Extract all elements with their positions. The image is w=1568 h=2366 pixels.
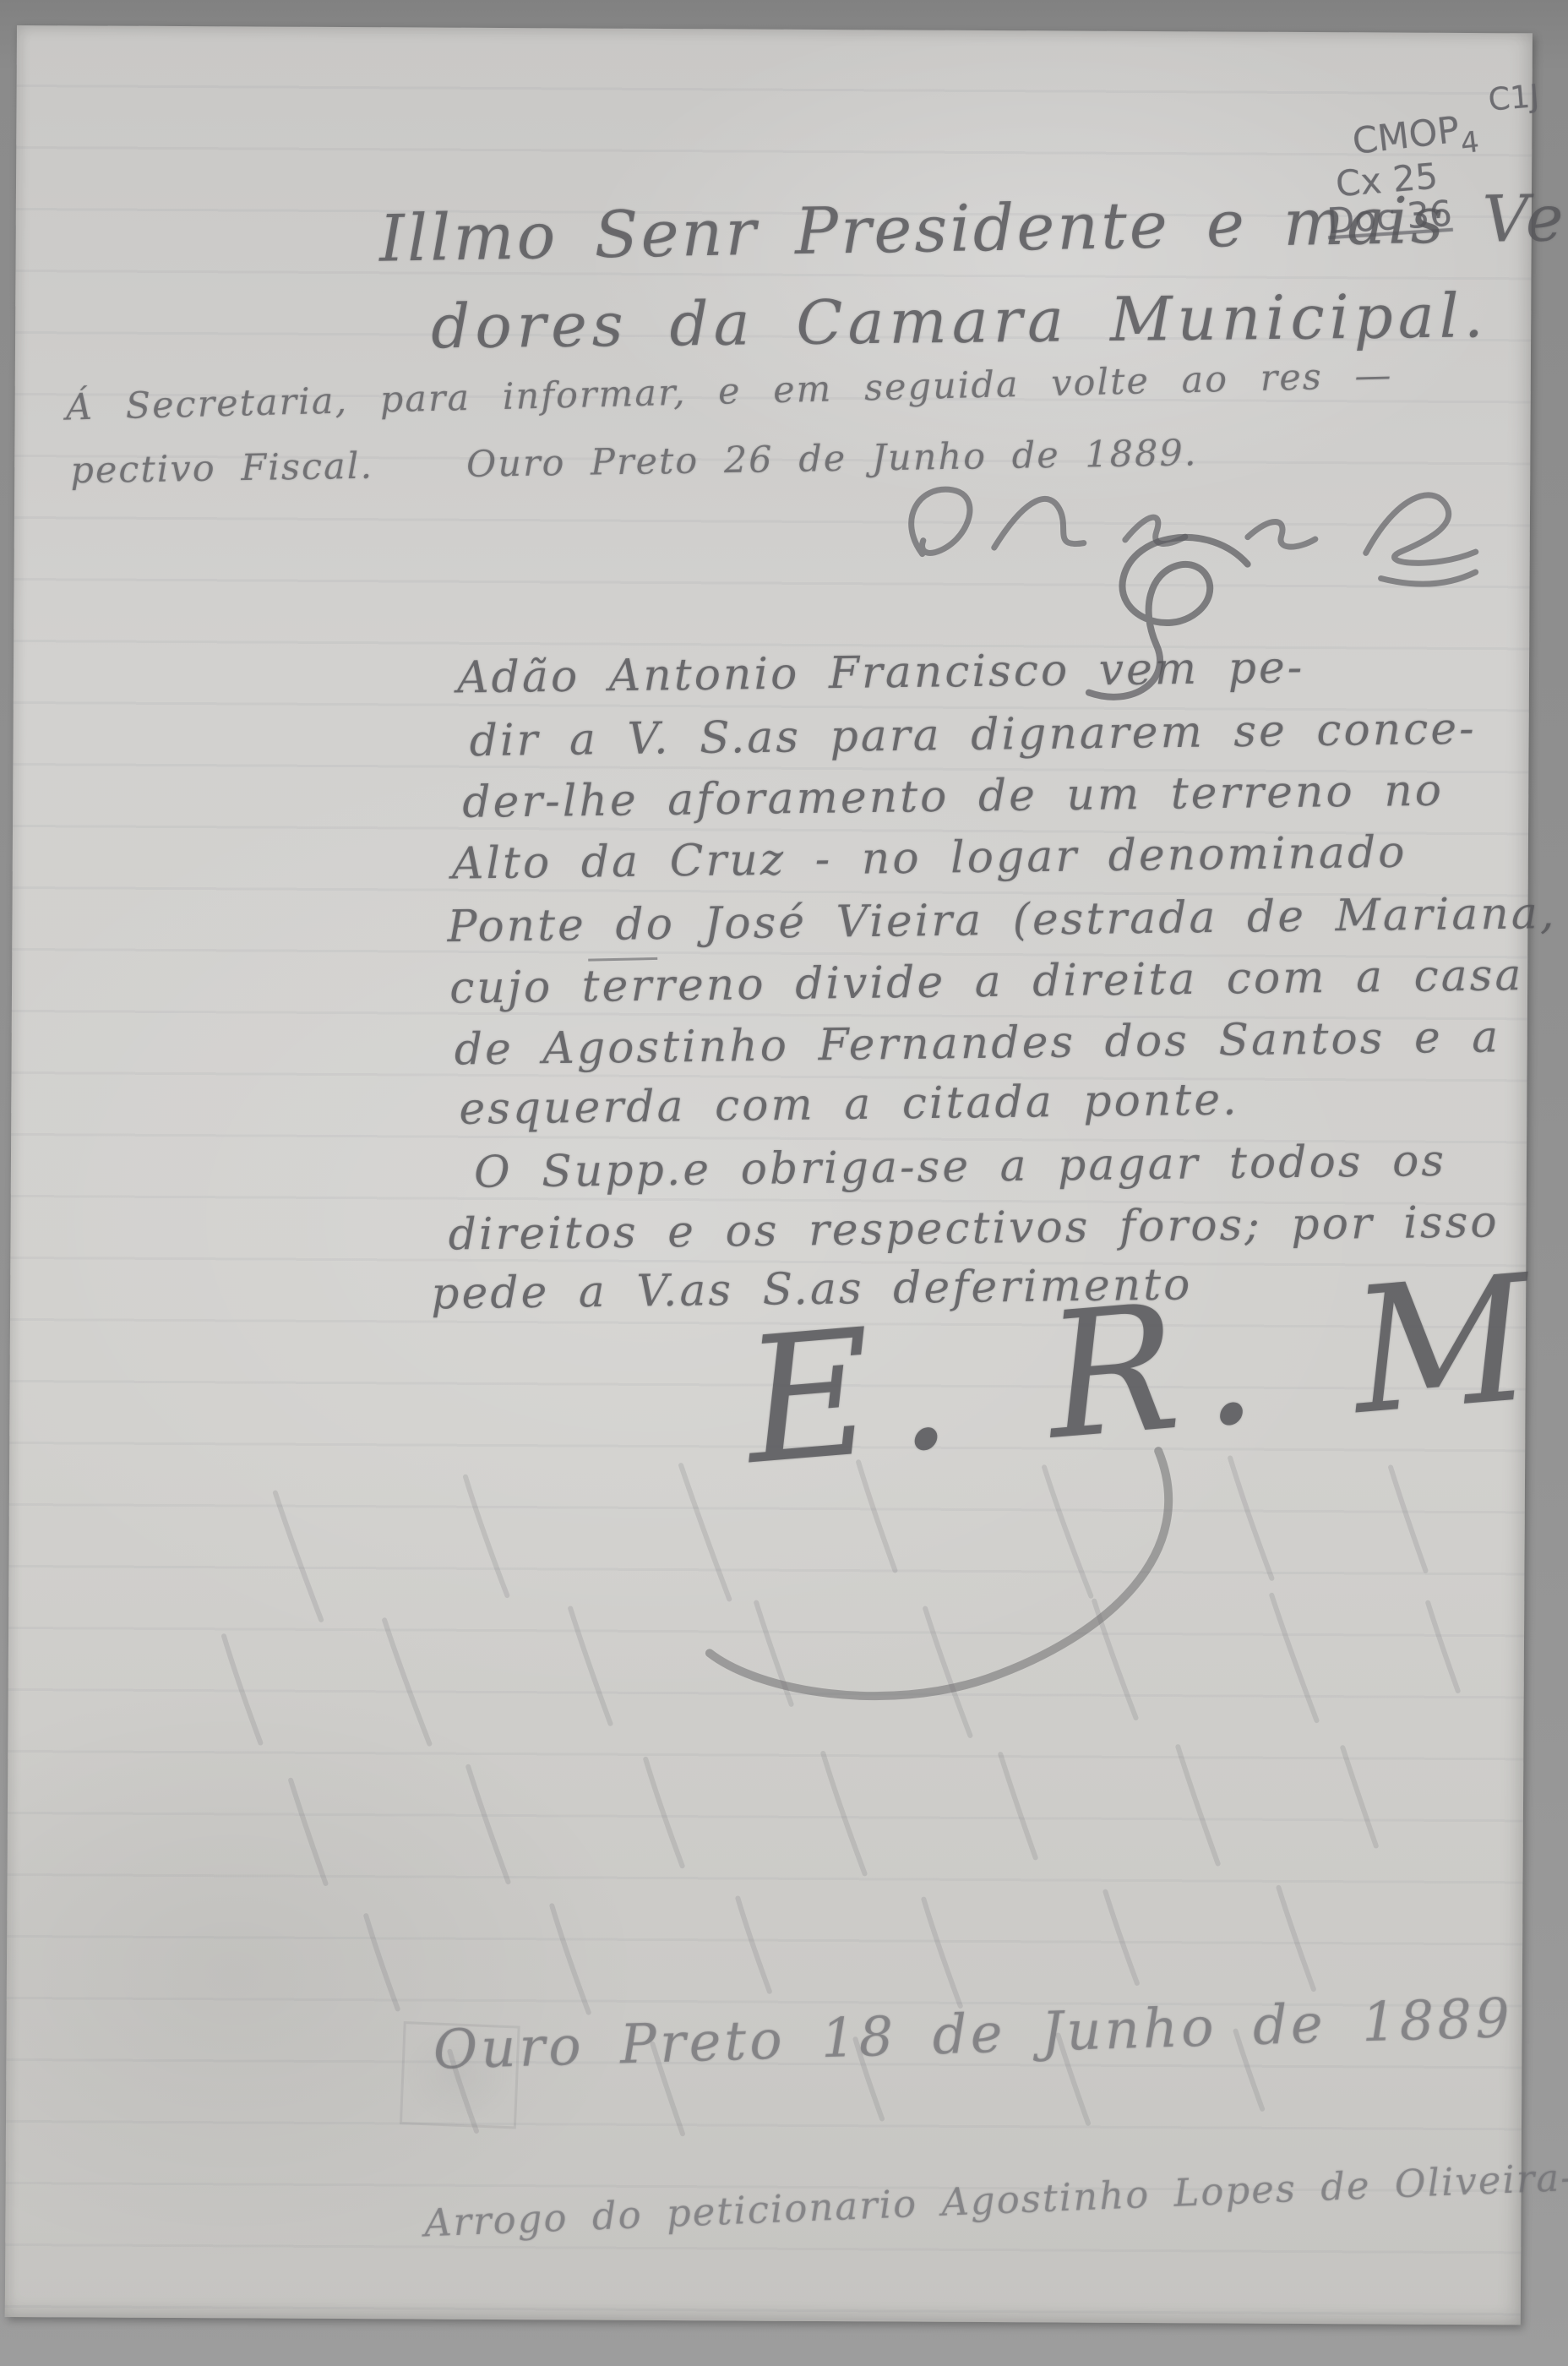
bleedthrough-strokes: [5, 25, 1533, 2325]
document-scan: { "archival_annotations": { "corner_code…: [0, 0, 1568, 2366]
paper-sheet: C1J CMOP4 Cx 25 Doc 36 Illmo Senr Presid…: [5, 25, 1533, 2325]
